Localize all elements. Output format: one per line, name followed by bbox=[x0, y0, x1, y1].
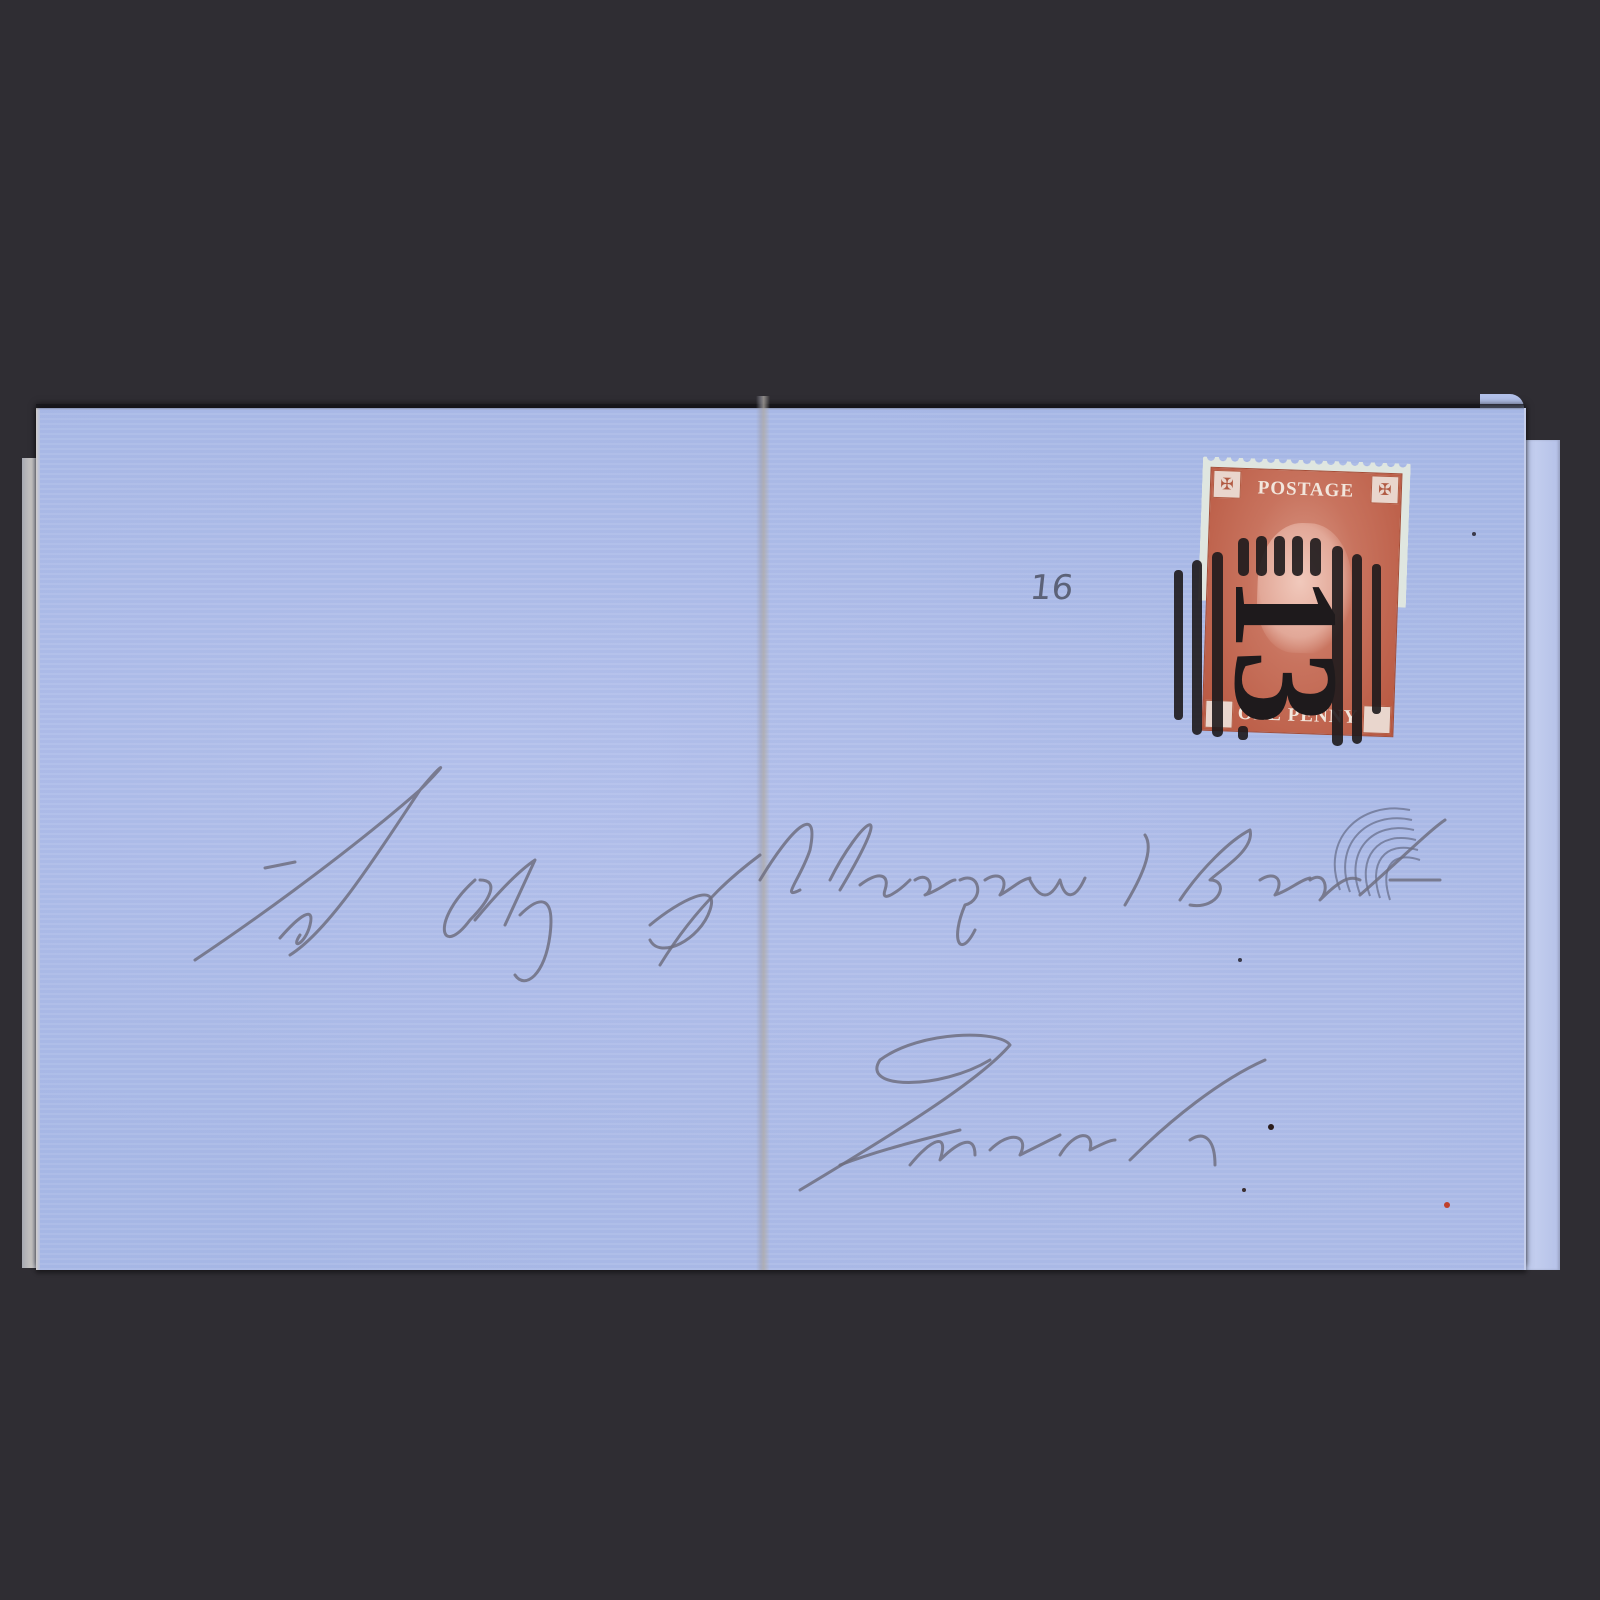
corner-star-icon: ✠ bbox=[1370, 475, 1399, 504]
red-speck bbox=[1444, 1202, 1450, 1208]
top-edge-shadow bbox=[36, 404, 1524, 410]
cover-left-edge bbox=[36, 408, 40, 1270]
corner-star-icon: ✠ bbox=[1213, 470, 1242, 499]
address-line-1: The Cy of Glasgow Bank bbox=[0, 0, 1, 1]
numeral-cancel-icon: 13 bbox=[1168, 530, 1398, 760]
ink-speck bbox=[1242, 1188, 1246, 1192]
center-fold-crease bbox=[756, 396, 770, 1270]
smudged-postmark-icon bbox=[1300, 760, 1460, 910]
stamp-top-label: POSTAGE bbox=[1247, 477, 1366, 503]
photo-stage: 16 ✠ ✠ POSTAGE ONE PENNY bbox=[0, 0, 1600, 1600]
address-line-2: Lanark bbox=[0, 0, 1, 1]
ink-speck bbox=[1238, 958, 1242, 962]
ink-speck bbox=[1472, 532, 1476, 536]
cancel-number: 13 bbox=[1203, 575, 1369, 725]
pencil-note: 16 bbox=[1028, 568, 1075, 608]
ink-speck bbox=[1268, 1124, 1274, 1130]
